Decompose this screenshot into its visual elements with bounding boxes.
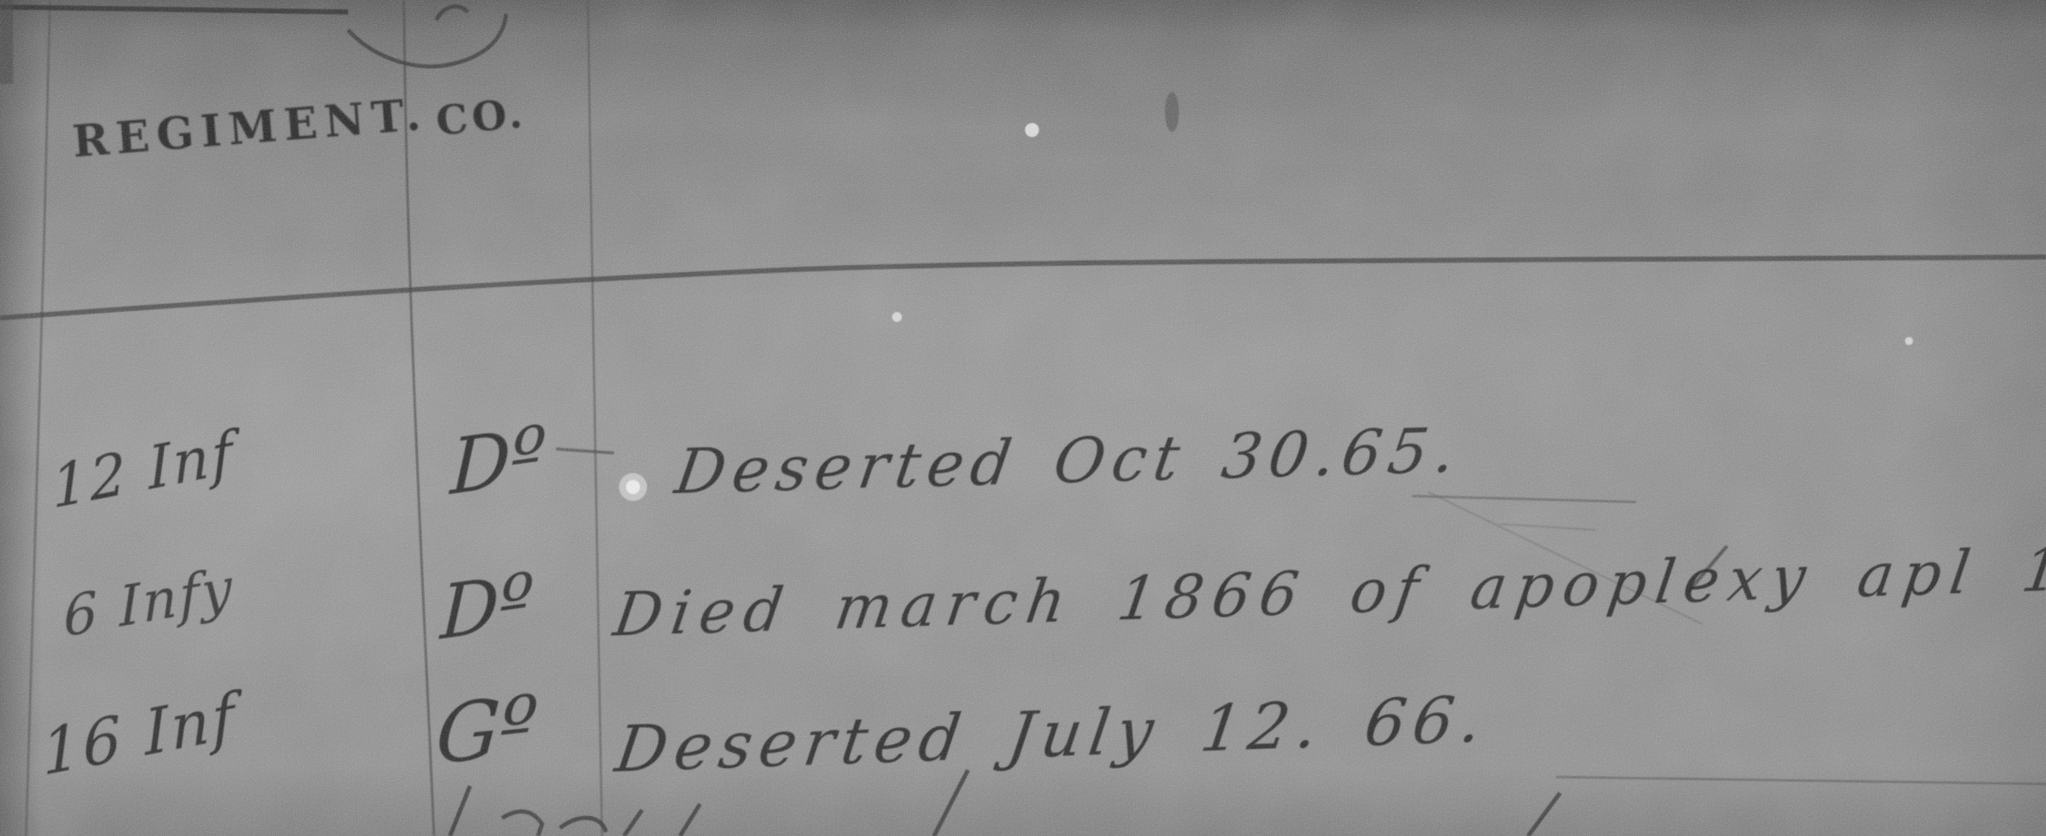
row1-company-ditto: Dº [449, 409, 548, 513]
scanned-register-page: REGIMENT. CO. 12 Inf Dº Deserted Oct 30.… [0, 0, 2046, 836]
row3-company-entry: Gº [433, 678, 541, 783]
top-edge-rule [0, 7, 348, 12]
pencil-scribble-mark [348, 6, 506, 66]
column-header-co: CO. [434, 90, 528, 145]
row1-trailing-dash-2 [1500, 524, 1596, 530]
row3-trailing-rule [1556, 777, 2046, 784]
top-left-corner-smudge [0, 0, 13, 84]
co-remarks-divider-rule [588, 0, 602, 836]
header-bottom-curved-rule [0, 257, 2046, 318]
left-margin-rule [26, 0, 50, 836]
row2-company-ditto: Dº [439, 557, 535, 657]
row1-co-dash [556, 449, 614, 453]
ink-blot [1165, 92, 1179, 132]
